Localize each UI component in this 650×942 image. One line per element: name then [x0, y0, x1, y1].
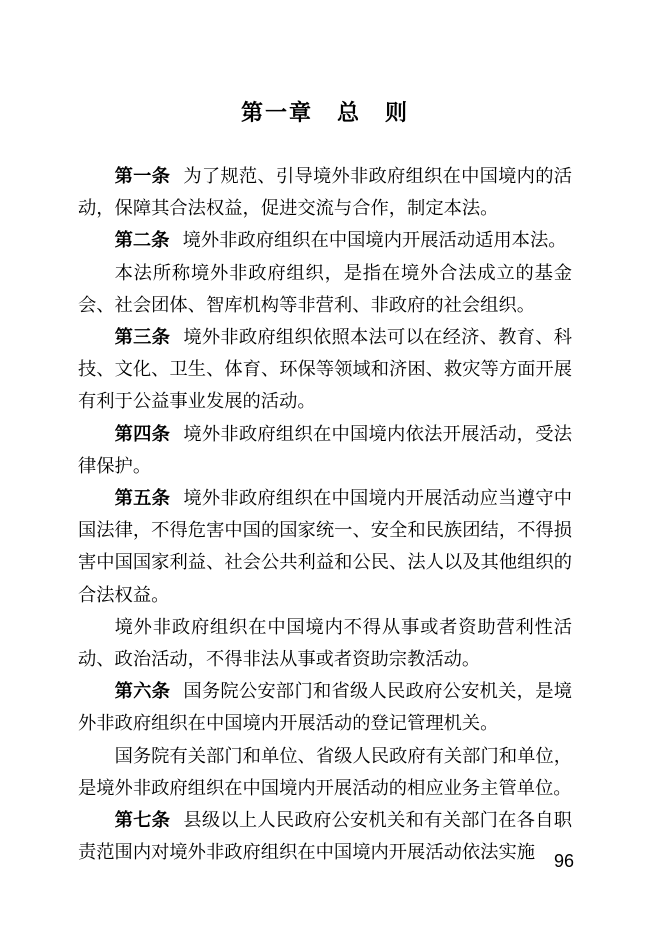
page-number: 96	[554, 851, 574, 872]
paragraph: 第一条为了规范、引导境外非政府组织在中国境内的活动，保障其合法权益，促进交流与合…	[78, 160, 572, 224]
paragraph: 本法所称境外非政府组织，是指在境外合法成立的基金会、社会团体、智库机构等非营利、…	[78, 257, 572, 321]
paragraph: 境外非政府组织在中国境内不得从事或者资助营利性活动、政治活动，不得非法从事或者资…	[78, 611, 572, 675]
chapter-title: 第一章 总 则	[0, 0, 650, 127]
paragraph: 国务院有关部门和单位、省级人民政府有关部门和单位，是境外非政府组织在中国境内开展…	[78, 740, 572, 804]
article-number: 第五条	[115, 488, 171, 508]
paragraph: 第六条国务院公安部门和省级人民政府公安机关，是境外非政府组织在中国境内开展活动的…	[78, 675, 572, 739]
article-number: 第一条	[115, 166, 171, 186]
article-number: 第三条	[115, 327, 171, 347]
article-text: 境外非政府组织在中国境内不得从事或者资助营利性活动、政治活动，不得非法从事或者资…	[78, 617, 572, 669]
paragraph: 第四条境外非政府组织在中国境内依法开展活动，受法律保护。	[78, 418, 572, 482]
article-text: 国务院有关部门和单位、省级人民政府有关部门和单位，是境外非政府组织在中国境内开展…	[78, 746, 572, 798]
article-text: 本法所称境外非政府组织，是指在境外合法成立的基金会、社会团体、智库机构等非营利、…	[78, 263, 572, 315]
paragraphs: 第一条为了规范、引导境外非政府组织在中国境内的活动，保障其合法权益，促进交流与合…	[78, 160, 572, 868]
paragraph: 第二条境外非政府组织在中国境内开展活动适用本法。	[78, 224, 572, 256]
article-number: 第六条	[115, 681, 171, 701]
article-number: 第七条	[115, 810, 171, 830]
paragraph: 第五条境外非政府组织在中国境内开展活动应当遵守中国法律，不得危害中国的国家统一、…	[78, 482, 572, 611]
article-number: 第二条	[115, 230, 170, 250]
paragraph: 第三条境外非政府组织依照本法可以在经济、教育、科技、文化、卫生、体育、环保等领域…	[78, 321, 572, 418]
paragraph: 第七条县级以上人民政府公安机关和有关部门在各自职责范围内对境外非政府组织在中国境…	[78, 804, 572, 868]
article-number: 第四条	[115, 424, 171, 444]
article-text: 境外非政府组织在中国境内开展活动适用本法。	[183, 230, 567, 250]
document-page: 第一章 总 则 第一条为了规范、引导境外非政府组织在中国境内的活动，保障其合法权…	[0, 0, 650, 942]
